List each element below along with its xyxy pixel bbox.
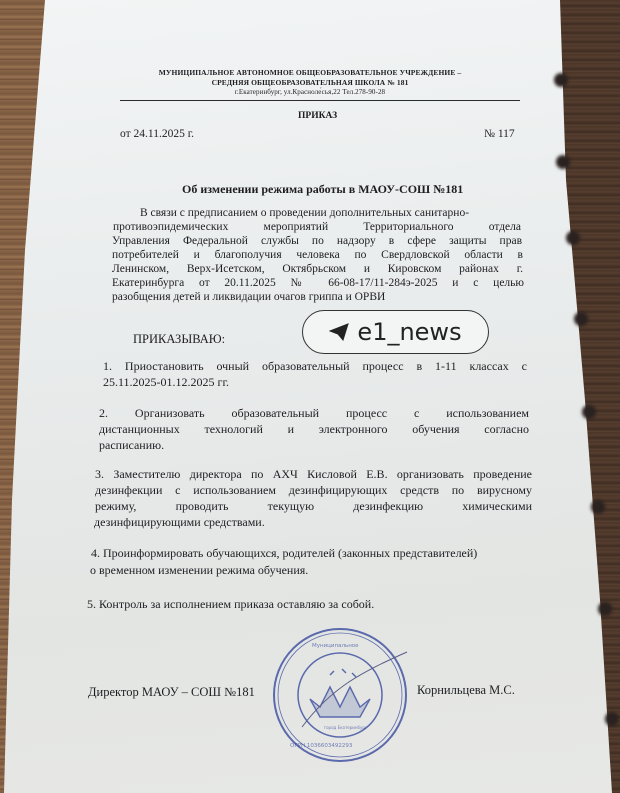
order-item-2: дистанционных технологий и электронного …: [99, 422, 529, 437]
svg-text:ОГРН 1036603492293: ОГРН 1036603492293: [290, 743, 353, 749]
watermark-text: e1_news: [357, 318, 461, 346]
org-name-line2: СРЕДНЯЯ ОБЩЕОБРАЗОВАТЕЛЬНАЯ ШКОЛА № 181: [100, 78, 520, 87]
order-item-1: 1. Приостановить очный образовательный п…: [103, 359, 527, 374]
order-item-2: расписанию.: [99, 438, 164, 453]
order-item-4: 4. Проинформировать обучающихся, родител…: [91, 546, 477, 561]
doc-date: от 24.11.2025 г.: [120, 128, 194, 140]
document-content: МУНИЦИПАЛЬНОЕ АВТОНОМНОЕ ОБЩЕОБРАЗОВАТЕЛ…: [0, 0, 620, 793]
order-item-2: 2. Организовать образовательный процесс …: [99, 406, 529, 421]
preamble-line: разобщения детей и ликвидации очагов гри…: [112, 291, 385, 303]
preamble-line: противоэпидемических мероприятий Террито…: [113, 221, 521, 233]
order-item-3: дезинфекции с использованием дезинфициру…: [95, 483, 532, 498]
preamble-line: Екатеринбурга от 20.11.2025 № 66-08-17/1…: [112, 277, 524, 289]
doc-type: ПРИКАЗ: [298, 111, 337, 121]
watermark-badge: e1_news: [302, 310, 489, 354]
order-item-5: 5. Контроль за исполнением приказа остав…: [87, 597, 374, 612]
order-item-3: 3. Заместителю директора по АХЧ Кисловой…: [95, 467, 532, 482]
order-item-1: 25.11.2025-01.12.2025 гг.: [103, 375, 229, 390]
doc-number: № 117: [484, 128, 515, 140]
preamble-line: В связи с предписанием о проведении допо…: [140, 207, 469, 219]
order-item-4: о временном изменении режима обучения.: [90, 563, 308, 578]
header-rule: [120, 100, 520, 101]
preamble-line: потребителей и благополучия человека по …: [112, 249, 523, 261]
telegram-icon: [329, 323, 349, 341]
preamble-line: Управления Федеральной службы по надзору…: [112, 235, 522, 247]
signature-name: Корнильцева М.С.: [417, 683, 515, 698]
order-word: ПРИКАЗЫВАЮ:: [133, 332, 225, 347]
org-address: г.Екатеринбург, ул.Красноле́сья,22 Тел.2…: [100, 88, 520, 96]
official-stamp: Муниципальное ОГРН 1036603492293 город Е…: [272, 627, 408, 763]
doc-title: Об изменении режима работы в МАОУ-СОШ №1…: [182, 182, 463, 197]
org-name-line1: МУНИЦИПАЛЬНОЕ АВТОНОМНОЕ ОБЩЕОБРАЗОВАТЕЛ…: [100, 68, 520, 77]
order-item-3: режиму, проводить текущую дезинфекцию хи…: [95, 499, 532, 514]
signature-position: Директор МАОУ – СОШ №181: [88, 685, 255, 700]
preamble-line: Ленинском, Верх-Исетском, Октябрьском и …: [112, 263, 523, 275]
svg-text:город Екатеринбург: город Екатеринбург: [324, 725, 367, 730]
order-item-3: дезинфицирующими средствами.: [94, 515, 265, 530]
svg-text:Муниципальное: Муниципальное: [312, 643, 359, 649]
